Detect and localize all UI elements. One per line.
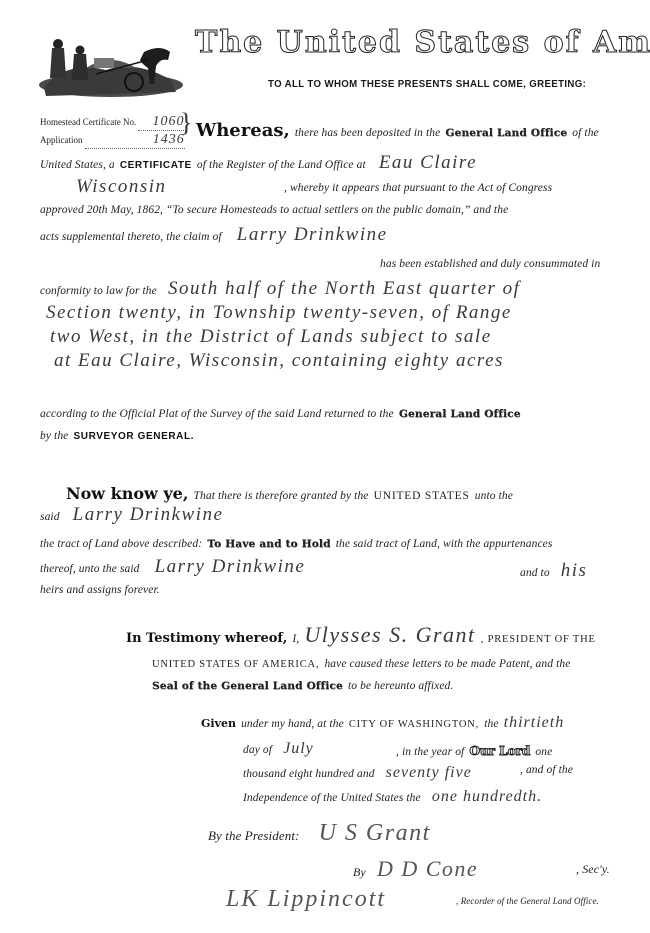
secretary-row: By D D Cone <box>353 856 478 882</box>
secretary-suffix: , Sec'y. <box>576 862 610 877</box>
testimony-line-2: UNITED STATES OF AMERICA, have caused th… <box>152 652 570 671</box>
month-value: July <box>283 740 314 757</box>
grantee-name: Larry Drinkwine <box>73 504 224 525</box>
now-know-ye-heading: Now know ye, <box>66 484 188 503</box>
whereas-line-4: approved 20th May, 1862, “To secure Home… <box>40 204 508 216</box>
recorder-suffix: , Recorder of the General Land Office. <box>456 896 599 906</box>
by-label: By <box>353 865 366 879</box>
seal-text: Seal of the General Land Office <box>152 680 343 692</box>
given-line-1: Given under my hand, at the CITY OF WASH… <box>201 712 564 732</box>
given-line-2: day of July <box>243 738 314 758</box>
greeting-line: TO ALL TO WHOM THESE PRESENTS SHALL COME… <box>268 78 586 90</box>
application-label: Application <box>40 135 83 145</box>
grant-line-2: said Larry Drinkwine <box>40 504 223 526</box>
independence-year-value: one hundredth. <box>432 788 542 805</box>
whereas-line-12: by the SURVEYOR GENERAL. <box>40 424 194 443</box>
whereas-line-1: Whereas, there has been deposited in the… <box>196 120 599 141</box>
given-heading: Given <box>201 717 236 730</box>
by-the-president-label: By the President: <box>208 828 299 843</box>
secretary-signature: D D Cone <box>377 856 478 881</box>
land-office-place: Eau Claire <box>379 152 477 173</box>
application-row: Application 1436 <box>40 132 185 149</box>
grant-line-3: the tract of Land above described: To Ha… <box>40 532 552 551</box>
land-description-4: at Eau Claire, Wisconsin, containing eig… <box>54 350 504 372</box>
president-name: Ulysses S. Grant <box>304 622 475 647</box>
city-text: CITY OF WASHINGTON, <box>349 719 479 730</box>
farm-scene-engraving-icon <box>36 30 186 100</box>
bracket-decoration: } <box>180 108 192 138</box>
grant-line-1: Now know ye, That there is therefore gra… <box>66 484 513 503</box>
recorder-signature: LK Lippincott <box>226 886 386 913</box>
homestead-certificate-row: Homestead Certificate No. 1060 <box>40 114 184 131</box>
by-the-president-row: By the President: U S Grant <box>208 820 431 847</box>
testimony-line-3: Seal of the General Land Office to be he… <box>152 674 453 693</box>
surveyor-general-text: SURVEYOR GENERAL. <box>73 431 194 442</box>
in-testimony-heading: In Testimony whereof, <box>126 631 287 646</box>
given-line-3: thousand eight hundred and seventy five <box>243 762 472 782</box>
claimant-name: Larry Drinkwine <box>237 224 388 245</box>
pronoun-his: his <box>561 560 588 581</box>
our-lord-text: Our Lord <box>469 744 530 758</box>
testimony-line-1: In Testimony whereof, I, Ulysses S. Gran… <box>126 622 596 648</box>
grant-line-5: heirs and assigns forever. <box>40 584 160 596</box>
united-states-text: UNITED STATES <box>374 490 470 502</box>
grantee-name: Larry Drinkwine <box>155 556 306 577</box>
homestead-certificate-label: Homestead Certificate No. <box>40 117 136 127</box>
whereas-line-3: Wisconsin <box>76 176 167 198</box>
whereas-line-2: United States, a CERTIFICATE of the Regi… <box>40 152 477 174</box>
whereas-line-6: has been established and duly consummate… <box>380 258 600 270</box>
grant-line-4: thereof, unto the said Larry Drinkwine <box>40 556 305 578</box>
whereas-heading: Whereas, <box>196 120 290 141</box>
land-description-2: Section twenty, in Township twenty-seven… <box>46 302 512 324</box>
president-signature: U S Grant <box>319 820 431 846</box>
document-title: The United States of America, <box>195 25 650 60</box>
whereas-line-7: conformity to law for the South half of … <box>40 278 520 300</box>
certificate-text: CERTIFICATE <box>120 160 192 171</box>
state-name: Wisconsin <box>76 176 167 197</box>
whereas-line-5: acts supplemental thereto, the claim of … <box>40 224 388 246</box>
land-description-1: South half of the North East quarter of <box>168 278 520 299</box>
to-have-and-to-hold-text: To Have and to Hold <box>207 538 330 550</box>
land-description-3: two West, in the District of Lands subje… <box>50 326 492 348</box>
given-line-4: Independence of the United States the on… <box>243 786 542 806</box>
general-land-office-text: General Land Office <box>445 127 567 139</box>
year-value: seventy five <box>386 764 472 781</box>
general-land-office-text: General Land Office <box>399 408 521 420</box>
whereas-line-11: according to the Official Plat of the Su… <box>40 402 521 421</box>
day-value: thirtieth <box>504 714 565 731</box>
